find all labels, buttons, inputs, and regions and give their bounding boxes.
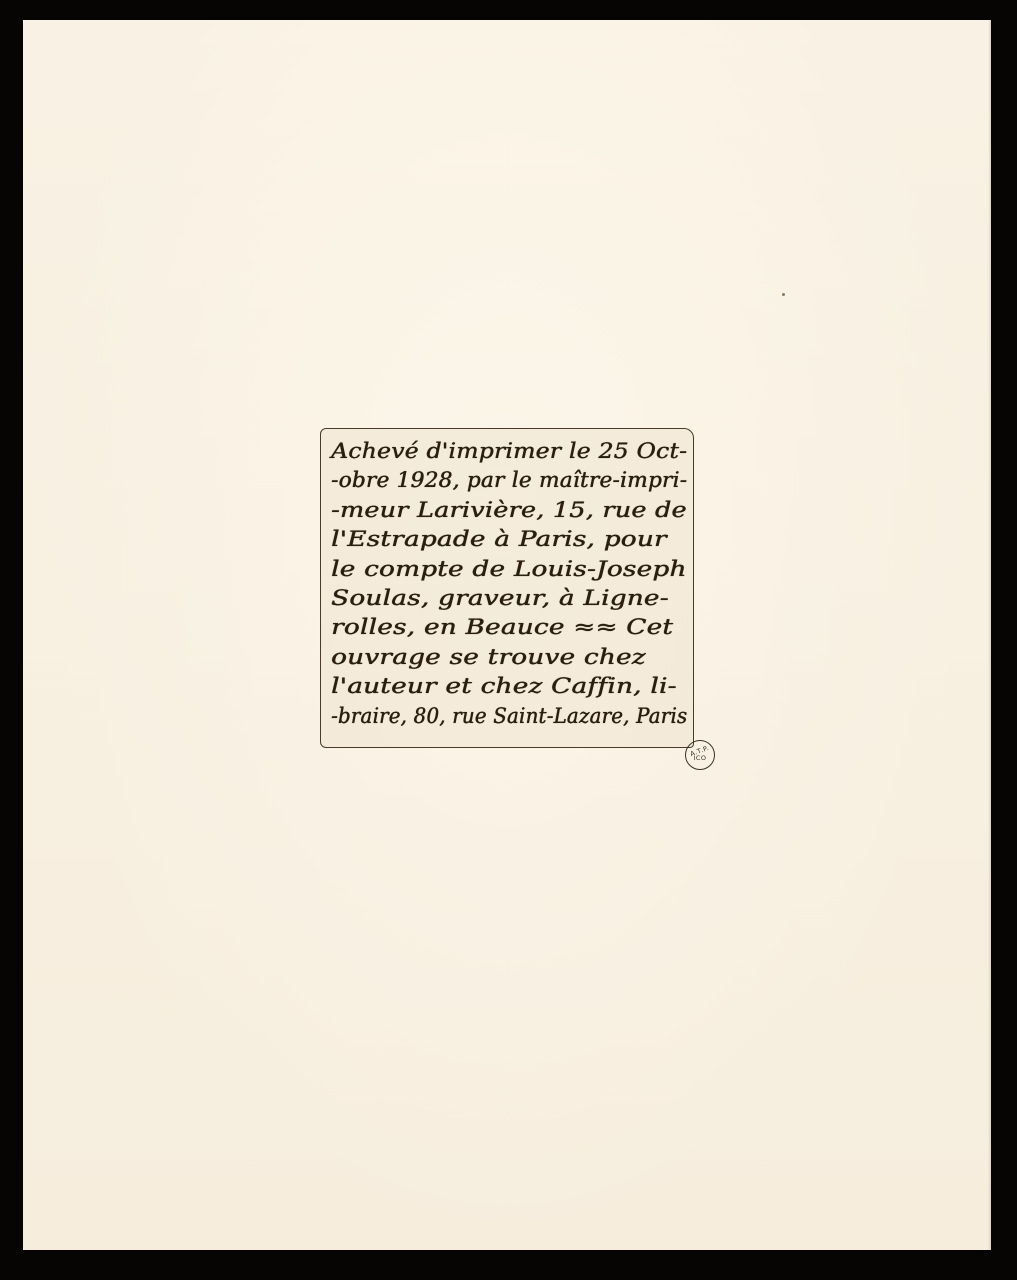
colophon-line: le compte de Louis-Joseph (331, 555, 776, 584)
colophon-text: Achevé d'imprimer le 25 Oct- -obre 1928,… (331, 437, 687, 731)
colophon-line: ouvrage se trouve chez (331, 643, 776, 672)
paper-speck (782, 293, 785, 296)
colophon-line: rolles, en Beauce ≈≈ Cet (331, 613, 776, 642)
colophon-line: -obre 1928, par le maître-impri- (331, 466, 698, 495)
colophon-line: Soulas, graveur, à Ligne- (331, 584, 776, 613)
paper-sheet: Achevé d'imprimer le 25 Oct- -obre 1928,… (23, 20, 991, 1250)
paper-deckle-edge (988, 20, 991, 1250)
colophon-line: Achevé d'imprimer le 25 Oct- (331, 437, 729, 466)
collection-stamp: A.T.P. ICO (685, 740, 715, 770)
colophon-line: -braire, 80, rue Saint-Lazare, Paris (331, 702, 667, 731)
colophon-line: l'auteur et chez Caffin, li- (331, 672, 776, 701)
engraved-plate: Achevé d'imprimer le 25 Oct- -obre 1928,… (320, 428, 694, 748)
colophon-line: -meur Larivière, 15, rue de (331, 496, 762, 525)
colophon-line: l'Estrapade à Paris, pour (331, 525, 776, 554)
